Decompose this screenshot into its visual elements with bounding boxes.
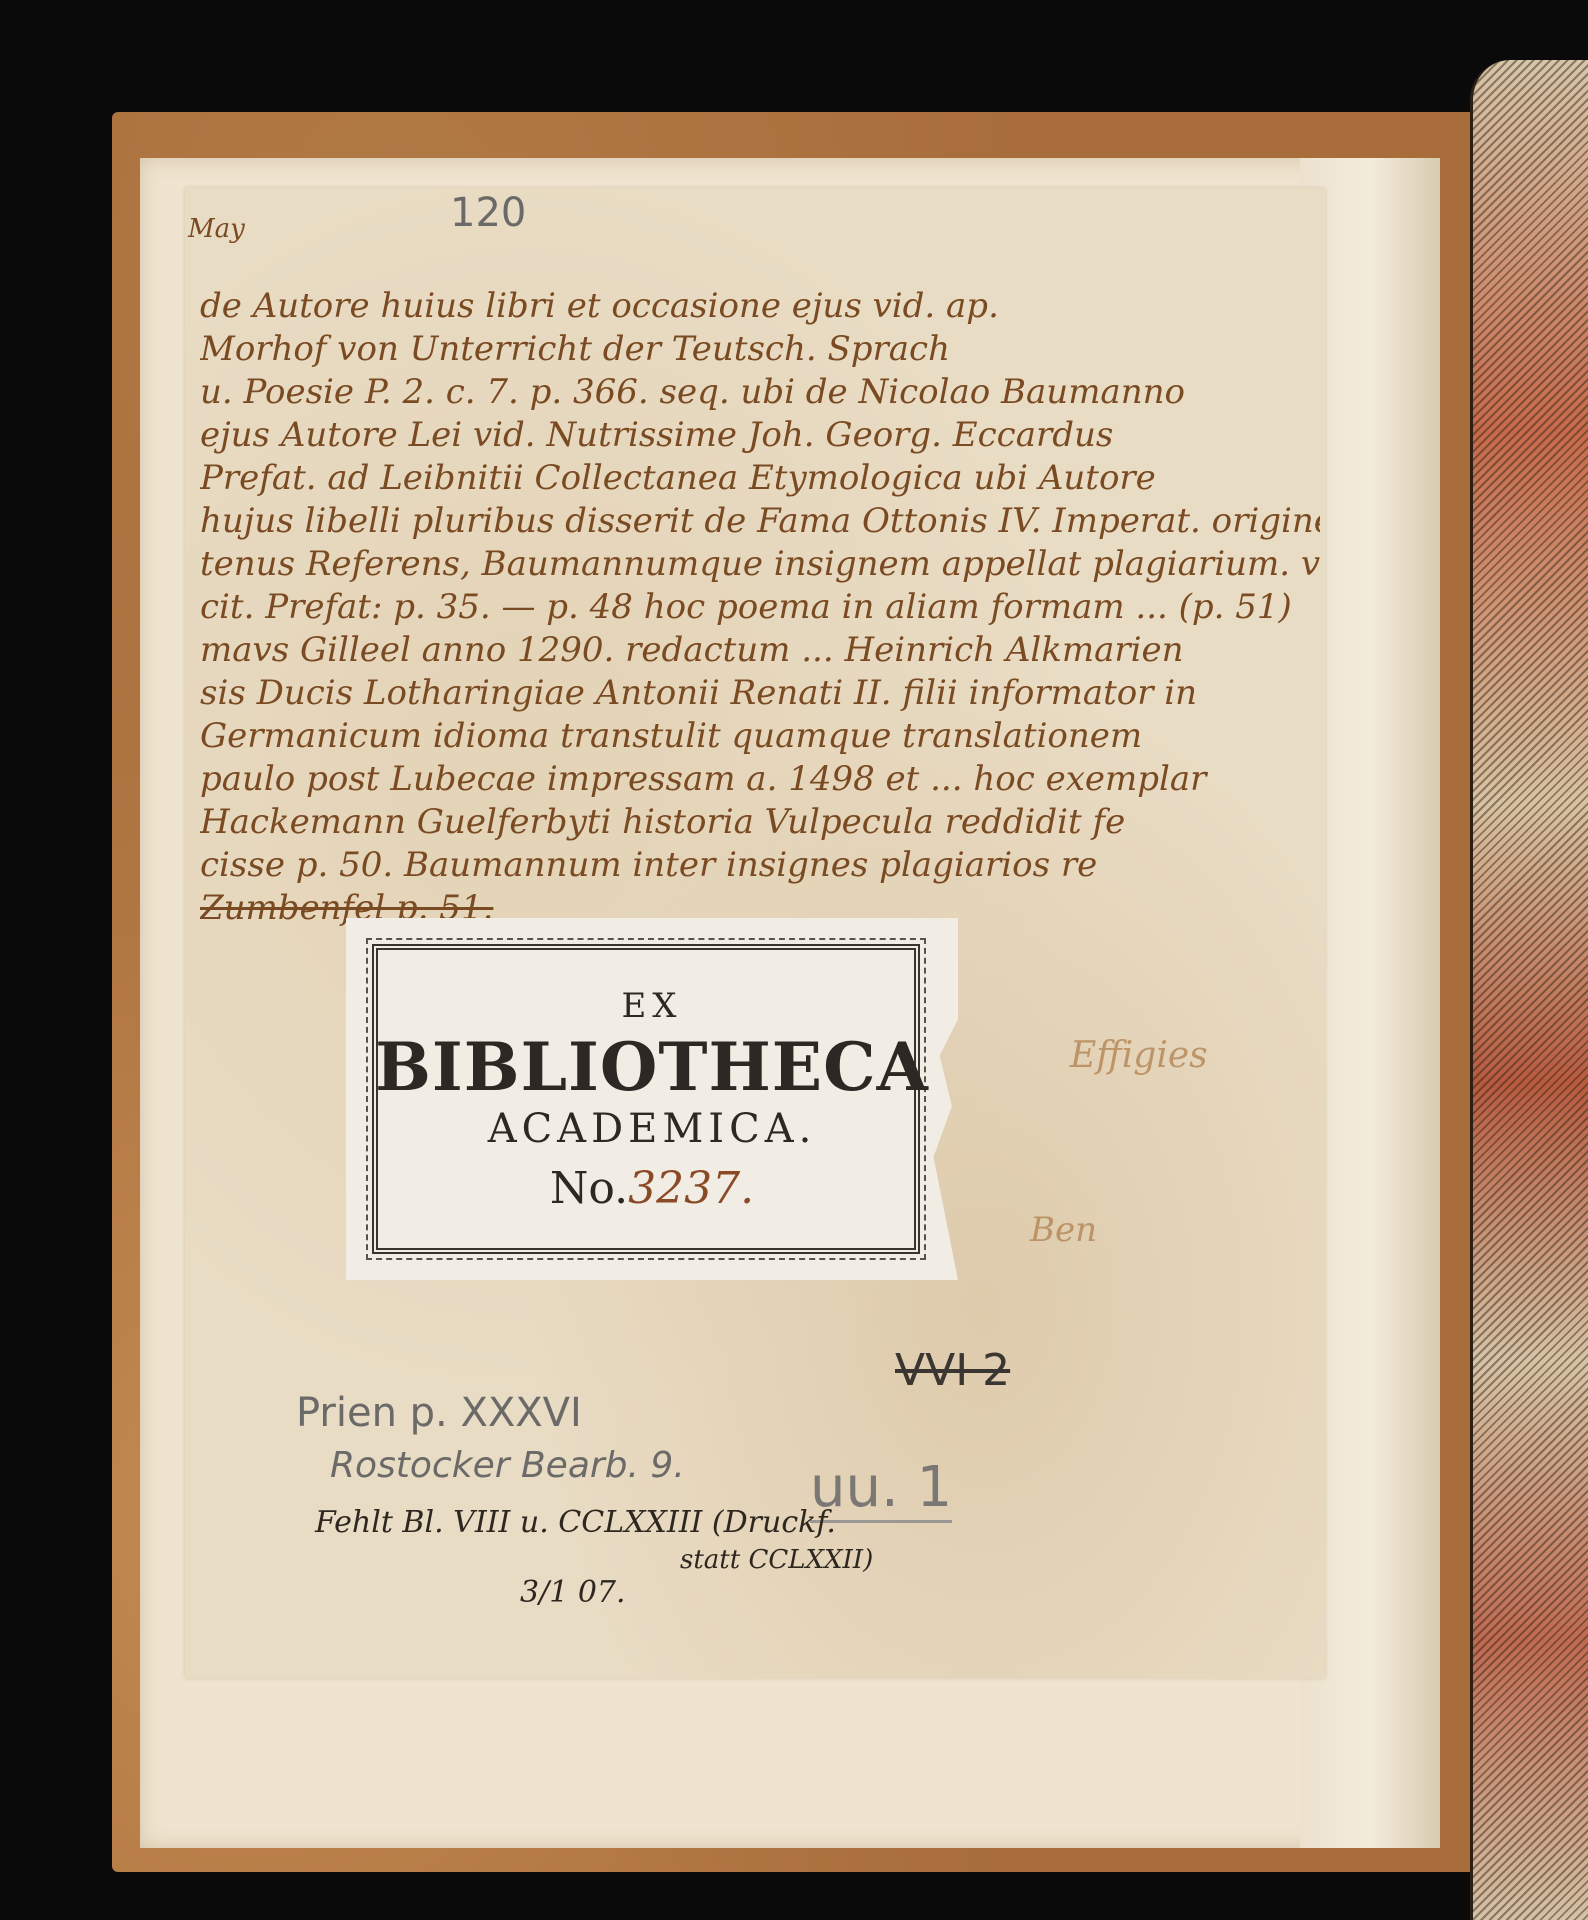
margin-note: May [188,210,245,248]
pencil-shelfmark-top: 120 [450,190,526,236]
faint-ink-note: Ben [1030,1210,1097,1250]
pencil-note-prien: Prien p. XXXVI [296,1390,582,1436]
note-line: ejus Autore Lei vid. Nutrissime Joh. Geo… [200,414,1320,457]
faint-ink-note: Effigies [1070,1035,1208,1076]
pencil-note-rostocker: Rostocker Bearb. 9. [330,1445,685,1486]
note-line: Germanicum idioma transtulit quamque tra… [200,715,1320,758]
woodcut-title-page-edge [1470,60,1588,1920]
bookplate-line-academica: ACADEMICA. [346,1106,958,1152]
bookplate-number-prefix: No. [550,1163,628,1214]
bookplate-line-ex: EX [346,986,958,1026]
note-line: de Autore huius libri et occasione ejus … [200,285,1320,328]
bookplate-label: EX BIBLIOTHECA ACADEMICA. No.3237. [346,918,958,1280]
note-line: Hackemann Guelferbyti historia Vulpecula… [200,801,1320,844]
bookplate-line-bibliotheca: BIBLIOTHECA [346,1028,958,1106]
ink-note-date: 3/1 07. [520,1575,626,1610]
manuscript-note: de Autore huius libri et occasione ejus … [200,285,1320,930]
note-line: paulo post Lubecae impressam a. 1498 et … [200,758,1320,801]
note-line: cit. Prefat: p. 35. — p. 48 hoc poema in… [200,586,1320,629]
note-line: u. Poesie P. 2. c. 7. p. 366. seq. ubi d… [200,371,1320,414]
note-line: mavs Gilleel anno 1290. redactum ... Hei… [200,629,1320,672]
note-line: tenus Referens, Baumannumque insignem ap… [200,543,1320,586]
note-line: Prefat. ad Leibnitii Collectanea Etymolo… [200,457,1320,500]
note-line: Morhof von Unterricht der Teutsch. Sprac… [200,328,1320,371]
bookplate-number: 3237. [628,1163,754,1214]
note-line: hujus libelli pluribus disserit de Fama … [200,500,1320,543]
bookplate-number-row: No.3237. [346,1163,958,1214]
ink-note-fehlt: Fehlt Bl. VIII u. CCLXXIII (Druckf. [315,1505,836,1540]
note-line: cisse p. 50. Baumannum inter insignes pl… [200,844,1320,887]
note-line: sis Ducis Lotharingiae Antonii Renati II… [200,672,1320,715]
ink-note-statt: statt CCLXXII) [680,1545,873,1575]
pencil-note-struck: VVI 2 [895,1345,1010,1396]
